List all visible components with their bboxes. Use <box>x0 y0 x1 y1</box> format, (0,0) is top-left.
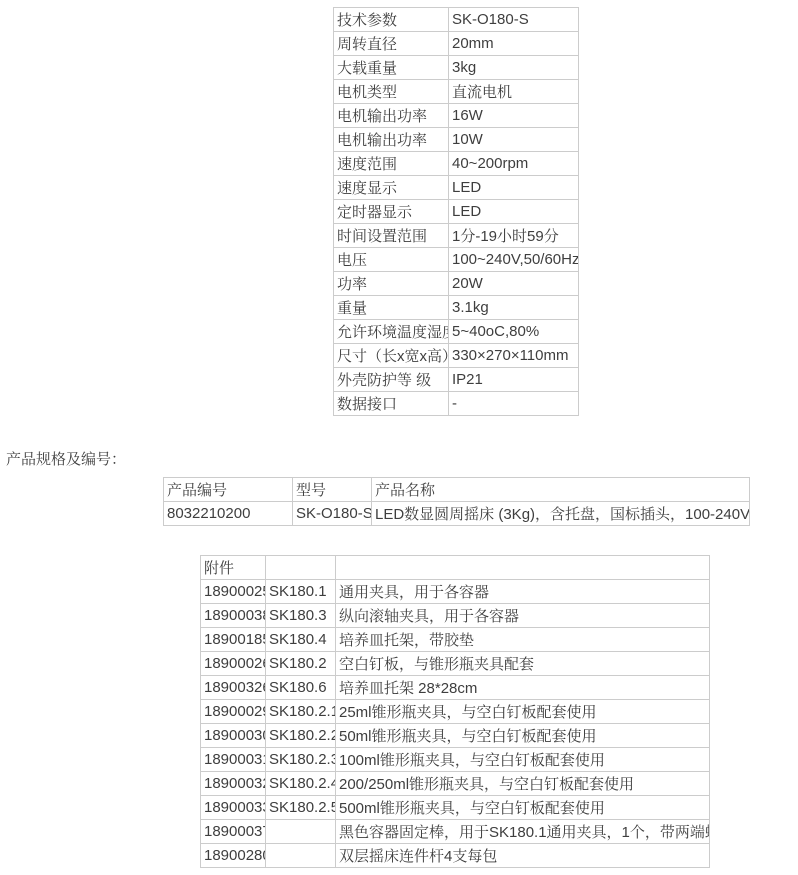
table-cell: 18900185 <box>201 628 266 652</box>
table-cell: 8032210200 <box>164 502 293 526</box>
table-row: 周转直径20mm <box>334 32 579 56</box>
table-cell: SK180.2.2 <box>266 724 336 748</box>
table-cell: 100~240V,50/60Hz <box>449 248 579 272</box>
table-row: 18900026SK180.2空白钉板，与锥形瓶夹具配套 <box>201 652 710 676</box>
table-row: 尺寸（长x宽x高）330×270×110mm <box>334 344 579 368</box>
table-cell: 18900280 <box>201 844 266 868</box>
table-cell: 18900033 <box>201 796 266 820</box>
table-row: 功率20W <box>334 272 579 296</box>
table-row: 时间设置范围1分-19小时59分 <box>334 224 579 248</box>
table-cell <box>266 844 336 868</box>
table-row: 18900280双层摇床连件杆4支每包 <box>201 844 710 868</box>
table-cell: 1分-19小时59分 <box>449 224 579 248</box>
table-row: 18900033SK180.2.5500ml锥形瓶夹具，与空白钉板配套使用 <box>201 796 710 820</box>
table-cell: 双层摇床连件杆4支每包 <box>336 844 710 868</box>
table-cell: 18900032 <box>201 772 266 796</box>
table-cell: SK180.2.3 <box>266 748 336 772</box>
table-row: 技术参数SK-O180-S <box>334 8 579 32</box>
table-cell: 允许环境温度湿度 <box>334 320 449 344</box>
table-cell: 功率 <box>334 272 449 296</box>
table-row: 附件 <box>201 556 710 580</box>
table-cell: SK180.1 <box>266 580 336 604</box>
table-cell: 空白钉板，与锥形瓶夹具配套 <box>336 652 710 676</box>
table-cell: 培养皿托架，带胶垫 <box>336 628 710 652</box>
table-cell: 18900026 <box>201 652 266 676</box>
table-cell: 数据接口 <box>334 392 449 416</box>
table-cell: - <box>449 392 579 416</box>
table-cell: 电机类型 <box>334 80 449 104</box>
table-cell <box>266 556 336 580</box>
table-cell: SK180.2 <box>266 652 336 676</box>
table-cell: 18900031 <box>201 748 266 772</box>
table-cell: SK-O180-S <box>293 502 372 526</box>
table-cell: 技术参数 <box>334 8 449 32</box>
table-cell: 50ml锥形瓶夹具，与空白钉板配套使用 <box>336 724 710 748</box>
table-cell: 3kg <box>449 56 579 80</box>
table-cell: 周转直径 <box>334 32 449 56</box>
table-row: 8032210200SK-O180-SLED数显圆周摇床 (3Kg)，含托盘，国… <box>164 502 750 526</box>
table-cell: 产品编号 <box>164 478 293 502</box>
table-cell: 产品名称 <box>372 478 750 502</box>
table-cell: 18900326 <box>201 676 266 700</box>
table-row: 18900185SK180.4培养皿托架，带胶垫 <box>201 628 710 652</box>
table-cell: 电压 <box>334 248 449 272</box>
table-cell: 通用夹具，用于各容器 <box>336 580 710 604</box>
table-cell: 大载重量 <box>334 56 449 80</box>
table-row: 18900326SK180.6培养皿托架 28*28cm <box>201 676 710 700</box>
table-cell: 定时器显示 <box>334 200 449 224</box>
table-cell: 纵向滚轴夹具，用于各容器 <box>336 604 710 628</box>
table-row: 速度显示LED <box>334 176 579 200</box>
table-cell: 200/250ml锥形瓶夹具，与空白钉板配套使用 <box>336 772 710 796</box>
table-cell: SK180.4 <box>266 628 336 652</box>
table-cell: IP21 <box>449 368 579 392</box>
table-row: 电机输出功率10W <box>334 128 579 152</box>
accessories-table: 附件18900025SK180.1通用夹具，用于各容器18900038SK180… <box>200 555 710 868</box>
table-row: 18900031SK180.2.3100ml锥形瓶夹具，与空白钉板配套使用 <box>201 748 710 772</box>
table-cell: SK180.6 <box>266 676 336 700</box>
table-cell: 直流电机 <box>449 80 579 104</box>
table-cell: 18900037 <box>201 820 266 844</box>
table-row: 18900029SK180.2.125ml锥形瓶夹具，与空白钉板配套使用 <box>201 700 710 724</box>
table-row: 18900037黑色容器固定棒，用于SK180.1通用夹具，1个，带两端螺栓 <box>201 820 710 844</box>
table-row: 电压100~240V,50/60Hz <box>334 248 579 272</box>
table-row: 大载重量3kg <box>334 56 579 80</box>
table-row: 电机输出功率16W <box>334 104 579 128</box>
product-spec-page: 技术参数SK-O180-S周转直径20mm大载重量3kg电机类型直流电机电机输出… <box>0 0 798 875</box>
table-cell: SK180.2.4 <box>266 772 336 796</box>
table-cell: 速度显示 <box>334 176 449 200</box>
table-cell: LED <box>449 200 579 224</box>
table-cell: SK-O180-S <box>449 8 579 32</box>
table-cell: 20W <box>449 272 579 296</box>
table-cell: 电机输出功率 <box>334 104 449 128</box>
table-cell: 速度范围 <box>334 152 449 176</box>
table-row: 重量3.1kg <box>334 296 579 320</box>
table-cell <box>266 820 336 844</box>
table-cell: 18900029 <box>201 700 266 724</box>
table-cell: 重量 <box>334 296 449 320</box>
table-cell: 培养皿托架 28*28cm <box>336 676 710 700</box>
table-cell: 16W <box>449 104 579 128</box>
table-cell: 18900038 <box>201 604 266 628</box>
table-cell: SK180.2.5 <box>266 796 336 820</box>
product-table: 产品编号型号产品名称8032210200SK-O180-SLED数显圆周摇床 (… <box>163 477 750 526</box>
table-cell: 18900025 <box>201 580 266 604</box>
section-heading: 产品规格及编号： <box>6 450 126 470</box>
table-cell: 500ml锥形瓶夹具，与空白钉板配套使用 <box>336 796 710 820</box>
table-cell: 型号 <box>293 478 372 502</box>
table-cell: LED <box>449 176 579 200</box>
table-row: 18900038SK180.3纵向滚轴夹具，用于各容器 <box>201 604 710 628</box>
table-cell: 3.1kg <box>449 296 579 320</box>
table-cell: 25ml锥形瓶夹具，与空白钉板配套使用 <box>336 700 710 724</box>
table-row: 18900025SK180.1通用夹具，用于各容器 <box>201 580 710 604</box>
table-cell: 18900030 <box>201 724 266 748</box>
table-cell: SK180.3 <box>266 604 336 628</box>
table-row: 允许环境温度湿度5~40oC,80% <box>334 320 579 344</box>
table-row: 18900032SK180.2.4200/250ml锥形瓶夹具，与空白钉板配套使… <box>201 772 710 796</box>
table-cell: 330×270×110mm <box>449 344 579 368</box>
table-cell: SK180.2.1 <box>266 700 336 724</box>
table-row: 18900030SK180.2.250ml锥形瓶夹具，与空白钉板配套使用 <box>201 724 710 748</box>
table-row: 数据接口- <box>334 392 579 416</box>
table-cell: 20mm <box>449 32 579 56</box>
table-cell: 时间设置范围 <box>334 224 449 248</box>
table-cell <box>336 556 710 580</box>
table-row: 电机类型直流电机 <box>334 80 579 104</box>
table-row: 定时器显示LED <box>334 200 579 224</box>
table-cell: 10W <box>449 128 579 152</box>
table-cell: 尺寸（长x宽x高） <box>334 344 449 368</box>
table-row: 速度范围40~200rpm <box>334 152 579 176</box>
table-cell: 5~40oC,80% <box>449 320 579 344</box>
table-cell: 100ml锥形瓶夹具，与空白钉板配套使用 <box>336 748 710 772</box>
table-cell: 电机输出功率 <box>334 128 449 152</box>
table-cell: 40~200rpm <box>449 152 579 176</box>
table-row: 产品编号型号产品名称 <box>164 478 750 502</box>
table-cell: 附件 <box>201 556 266 580</box>
table-cell: 黑色容器固定棒，用于SK180.1通用夹具，1个，带两端螺栓 <box>336 820 710 844</box>
technical-spec-table: 技术参数SK-O180-S周转直径20mm大载重量3kg电机类型直流电机电机输出… <box>333 7 579 416</box>
table-cell: 外壳防护等 级 <box>334 368 449 392</box>
table-cell: LED数显圆周摇床 (3Kg)，含托盘，国标插头，100-240V / 50/6… <box>372 502 750 526</box>
table-row: 外壳防护等 级IP21 <box>334 368 579 392</box>
